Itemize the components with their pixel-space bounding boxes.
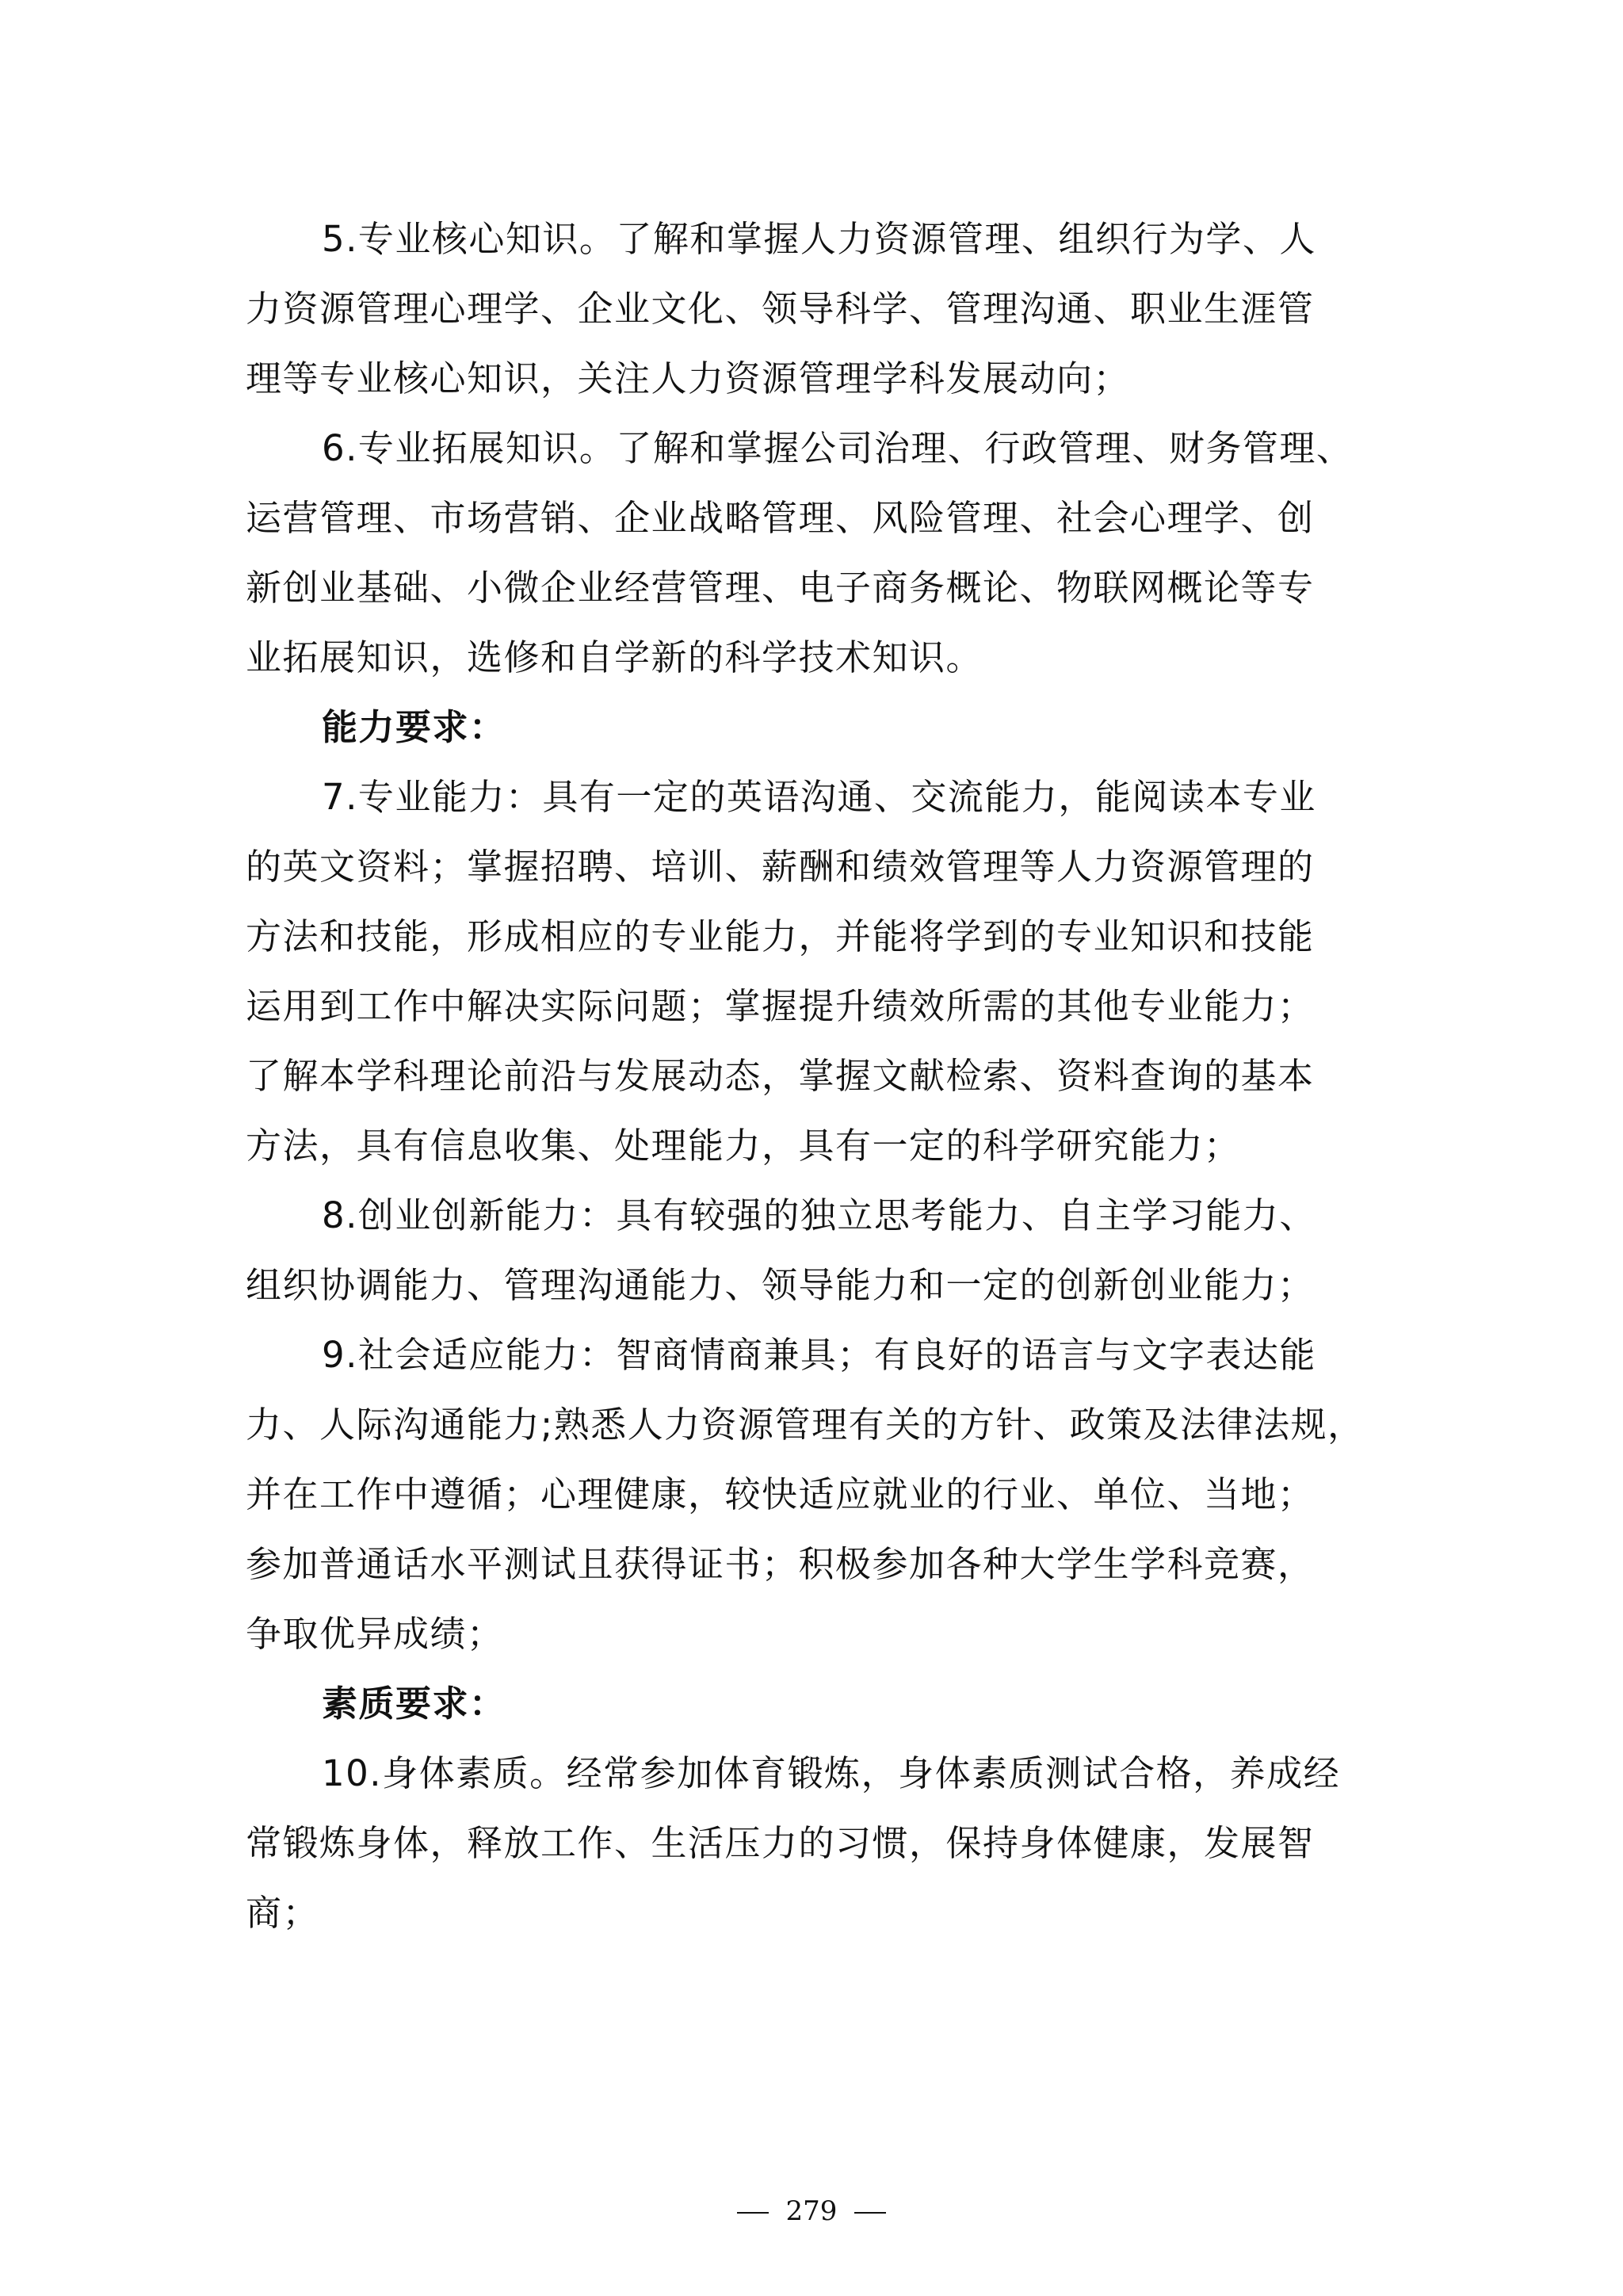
page-number: 279 [786,2195,838,2227]
text-line: 组织协调能力、管理沟通能力、领导能力和一定的创新创业能力； [246,1251,1403,1320]
document-page: 5.专业核心知识。了解和掌握人力资源管理、组织行为学、人 力资源管理心理学、企业… [0,0,1623,2296]
text-line: 参加普通话水平测试且获得证书；积极参加各种大学生学科竞赛， [246,1530,1403,1599]
text-line: 力资源管理心理学、企业文化、领导科学、管理沟通、职业生涯管 [246,274,1403,344]
text-line: 方法和技能，形成相应的专业能力，并能将学到的专业知识和技能 [246,902,1403,972]
text-line: 8.创业创新能力：具有较强的独立思考能力、自主学习能力、 [246,1181,1403,1251]
text-line: 新创业基础、小微企业经营管理、电子商务概论、物联网概论等专 [246,553,1403,623]
text-line: 商； [246,1878,1403,1948]
text-line: 常锻炼身体，释放工作、生活压力的习惯，保持身体健康，发展智 [246,1809,1403,1878]
text-line: 争取优异成绩； [246,1599,1403,1669]
text-line: 运用到工作中解决实际问题；掌握提升绩效所需的其他专业能力； [246,972,1403,1041]
dash-right [854,2212,886,2214]
page-footer: 279 [0,2195,1623,2227]
text-line: 10.身体素质。经常参加体育锻炼，身体素质测试合格，养成经 [246,1739,1403,1809]
text-line: 9.社会适应能力：智商情商兼具；有良好的语言与文字表达能 [246,1320,1403,1390]
text-line: 运营管理、市场营销、企业战略管理、风险管理、社会心理学、创 [246,483,1403,553]
text-line: 并在工作中遵循；心理健康，较快适应就业的行业、单位、当地； [246,1460,1403,1530]
text-line: 7.专业能力：具有一定的英语沟通、交流能力，能阅读本专业 [246,762,1403,832]
text-line: 的英文资料；掌握招聘、培训、薪酬和绩效管理等人力资源管理的 [246,832,1403,902]
text-line: 方法，具有信息收集、处理能力，具有一定的科学研究能力； [246,1111,1403,1181]
section-heading-quality: 素质要求： [246,1669,1403,1739]
section-heading-ability: 能力要求： [246,693,1403,762]
text-line: 理等专业核心知识，关注人力资源管理学科发展动向； [246,344,1403,414]
text-line: 业拓展知识，选修和自学新的科学技术知识。 [246,623,1403,693]
text-line: 5.专业核心知识。了解和掌握人力资源管理、组织行为学、人 [246,204,1403,274]
body-text: 5.专业核心知识。了解和掌握人力资源管理、组织行为学、人 力资源管理心理学、企业… [246,204,1403,1948]
text-line: 力、人际沟通能力;熟悉人力资源管理有关的方针、政策及法律法规， [246,1390,1403,1460]
text-line: 6.专业拓展知识。了解和掌握公司治理、行政管理、财务管理、 [246,414,1403,483]
dash-left [737,2212,769,2214]
text-line: 了解本学科理论前沿与发展动态，掌握文献检索、资料查询的基本 [246,1041,1403,1111]
